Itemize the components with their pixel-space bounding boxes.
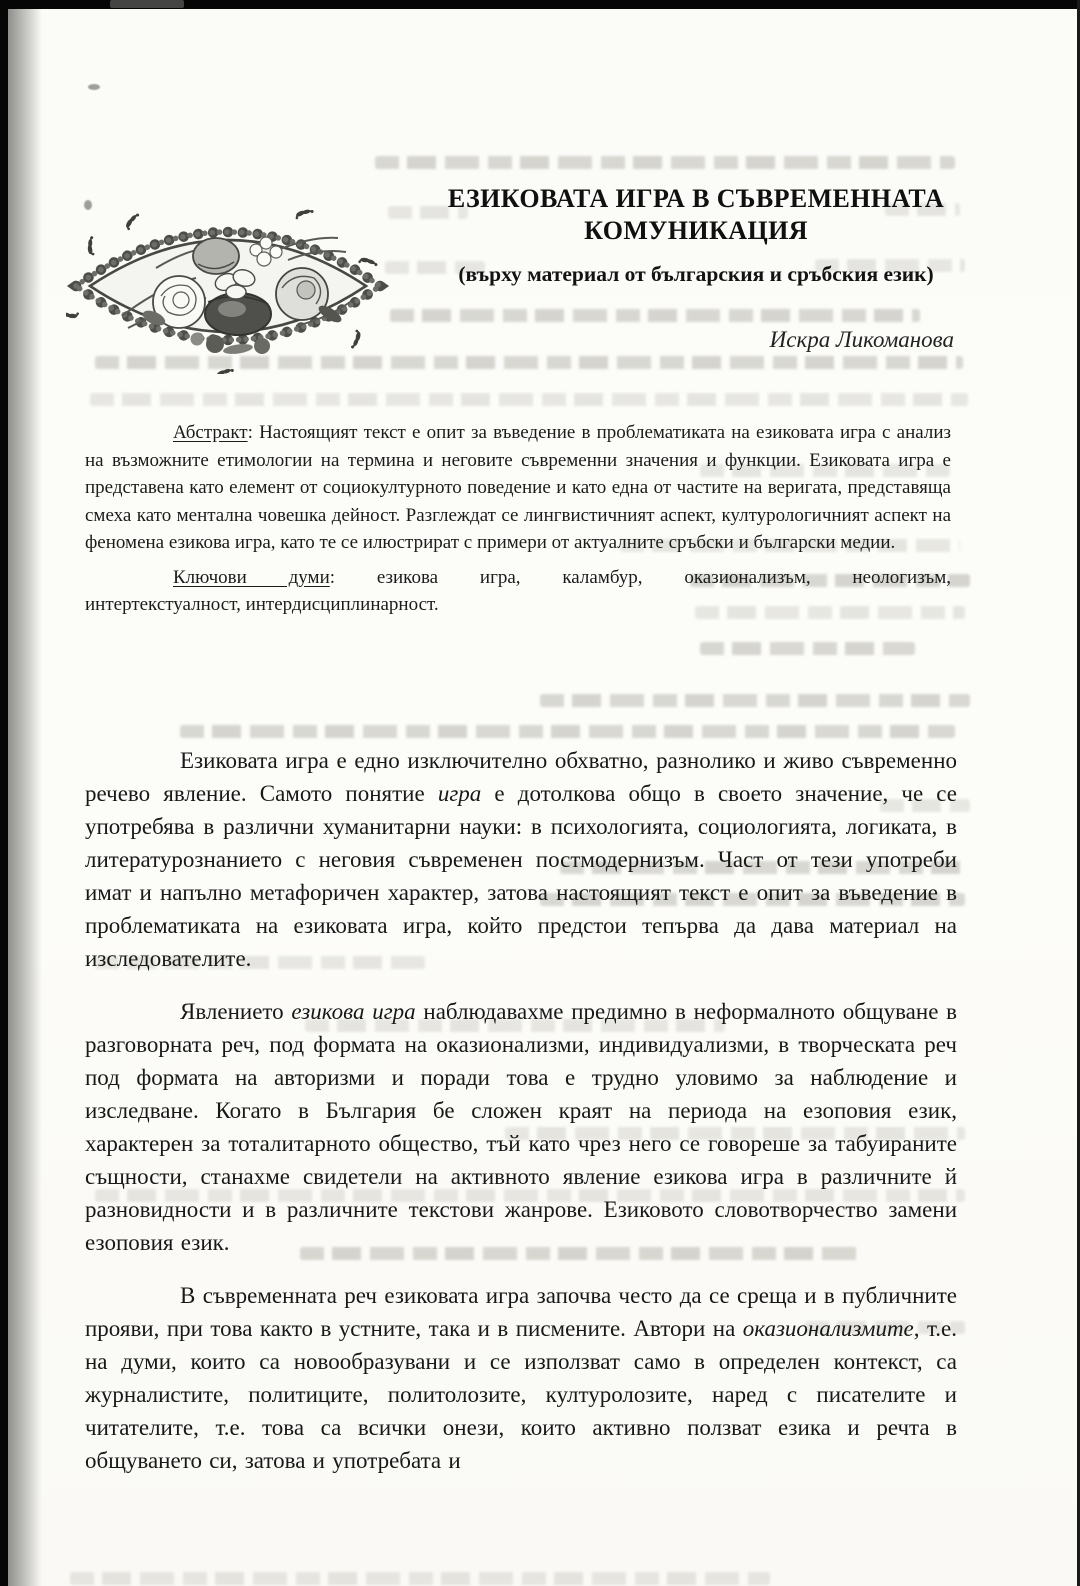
scan-edge-smudge [110,0,184,8]
abstract-section: Абстракт: Настоящият текст е опит за във… [85,419,951,619]
italic-term: игра [438,781,481,806]
subtitle: (върху материал от българския и сръбския… [438,262,954,287]
page-title: ЕЗИКОВАТА ИГРА В СЪВРЕМЕННАТА КОМУНИКАЦИ… [438,183,954,247]
paragraph: Явлението езикова игра наблюдавахме пред… [85,995,957,1259]
text-run: е дотолкова общо в своето значение, че с… [85,781,957,971]
text-run: Явлението [180,999,291,1024]
abstract-paragraph: Абстракт: Настоящият текст е опит за във… [85,419,951,557]
paragraph: В съвременната реч езиковата игра започв… [85,1279,957,1477]
keywords-line-1-rest: : езикова игра, каламбур, оказионализъм,… [330,567,951,588]
floral-vignette-image [66,198,390,374]
italic-term: езикова игра [291,999,415,1024]
keywords-line-1: Ключови думи: езикова игра, каламбур, ок… [85,564,951,592]
title-line-2: КОМУНИКАЦИЯ [584,216,808,245]
keywords-line-2: интертекстуалност, интердисциплинарност. [85,591,951,619]
binding-shadow [8,9,42,1586]
ink-speck [88,84,100,90]
header: ЕЗИКОВАТА ИГРА В СЪВРЕМЕННАТА КОМУНИКАЦИ… [438,183,954,353]
abstract-label: Абстракт [173,422,248,443]
body-paragraphs: Езиковата игра е едно изключително обхва… [85,744,957,1497]
paragraph: Езиковата игра е едно изключително обхва… [85,744,957,975]
title-line-1: ЕЗИКОВАТА ИГРА В СЪВРЕМЕННАТА [448,184,944,213]
keywords-paragraph: Ключови думи: езикова игра, каламбур, ок… [85,564,951,619]
scanned-page: ЕЗИКОВАТА ИГРА В СЪВРЕМЕННАТА КОМУНИКАЦИ… [0,0,1080,1586]
floral-vignette-svg [66,198,390,374]
italic-term: оказионализмите [743,1316,914,1341]
text-run: наблюдавахме предимно в неформалното общ… [85,999,957,1255]
keywords-label: Ключови думи [173,567,330,588]
author-name: Искра Ликоманова [438,327,954,353]
